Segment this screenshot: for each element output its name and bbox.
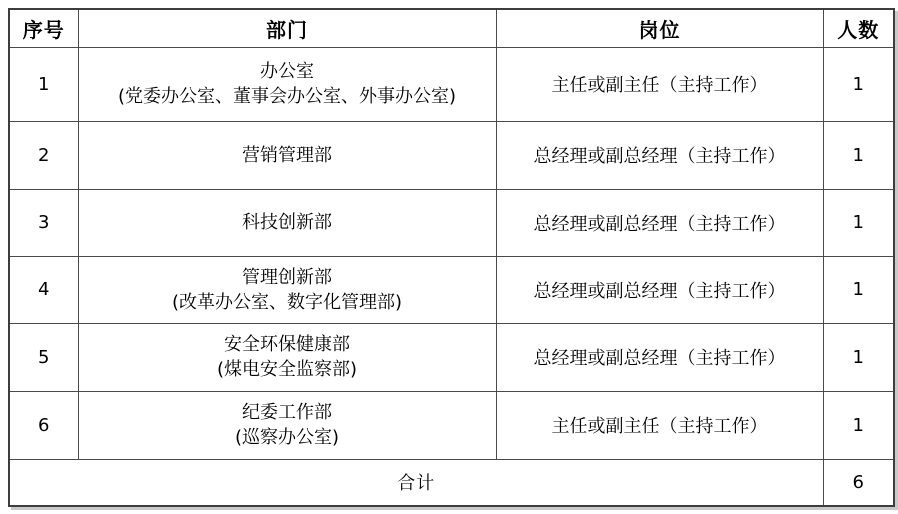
department-name: 科技创新部 xyxy=(83,210,492,235)
department-subunits: (党委办公室、董事会办公室、外事办公室) xyxy=(83,84,492,109)
cell-headcount: 1 xyxy=(823,256,894,323)
cell-position: 主任或副主任（主持工作） xyxy=(496,47,823,121)
cell-seq: 4 xyxy=(9,256,78,323)
total-row: 合计 6 xyxy=(9,459,894,506)
cell-headcount: 1 xyxy=(823,323,894,391)
cell-seq: 2 xyxy=(9,121,78,189)
header-department: 部门 xyxy=(78,9,496,47)
table-row: 5 安全环保健康部 (煤电安全监察部) 总经理或副总经理（主持工作） 1 xyxy=(9,323,894,391)
cell-department: 科技创新部 xyxy=(78,189,496,256)
cell-position: 总经理或副总经理（主持工作） xyxy=(496,121,823,189)
department-name: 纪委工作部 xyxy=(83,400,492,425)
department-name: 营销管理部 xyxy=(83,143,492,168)
department-name: 安全环保健康部 xyxy=(83,332,492,357)
header-seq: 序号 xyxy=(9,9,78,47)
table-row: 1 办公室 (党委办公室、董事会办公室、外事办公室) 主任或副主任（主持工作） … xyxy=(9,47,894,121)
cell-department: 纪委工作部 (巡察办公室) xyxy=(78,391,496,459)
cell-headcount: 1 xyxy=(823,189,894,256)
cell-headcount: 1 xyxy=(823,391,894,459)
cell-department: 营销管理部 xyxy=(78,121,496,189)
cell-seq: 6 xyxy=(9,391,78,459)
cell-seq: 1 xyxy=(9,47,78,121)
cell-position: 总经理或副总经理（主持工作） xyxy=(496,256,823,323)
document-page: 序号 部门 岗位 人数 1 办公室 (党委办公室、董事会办公室、外事办公室) 主… xyxy=(0,0,898,514)
department-subunits: (煤电安全监察部) xyxy=(83,357,492,382)
cell-headcount: 1 xyxy=(823,47,894,121)
cell-seq: 3 xyxy=(9,189,78,256)
department-subunits: (巡察办公室) xyxy=(83,425,492,450)
cell-department: 安全环保健康部 (煤电安全监察部) xyxy=(78,323,496,391)
department-name: 办公室 xyxy=(83,59,492,84)
cell-department: 办公室 (党委办公室、董事会办公室、外事办公室) xyxy=(78,47,496,121)
table-row: 4 管理创新部 (改革办公室、数字化管理部) 总经理或副总经理（主持工作） 1 xyxy=(9,256,894,323)
header-position: 岗位 xyxy=(496,9,823,47)
cell-department: 管理创新部 (改革办公室、数字化管理部) xyxy=(78,256,496,323)
cell-position: 主任或副主任（主持工作） xyxy=(496,391,823,459)
table-header-row: 序号 部门 岗位 人数 xyxy=(9,9,894,47)
staffing-table: 序号 部门 岗位 人数 1 办公室 (党委办公室、董事会办公室、外事办公室) 主… xyxy=(8,8,895,507)
total-count-cell: 6 xyxy=(823,459,894,506)
department-subunits: (改革办公室、数字化管理部) xyxy=(83,290,492,315)
table-row: 6 纪委工作部 (巡察办公室) 主任或副主任（主持工作） 1 xyxy=(9,391,894,459)
total-label-cell: 合计 xyxy=(9,459,823,506)
table-row: 3 科技创新部 总经理或副总经理（主持工作） 1 xyxy=(9,189,894,256)
cell-headcount: 1 xyxy=(823,121,894,189)
table-row: 2 营销管理部 总经理或副总经理（主持工作） 1 xyxy=(9,121,894,189)
header-headcount: 人数 xyxy=(823,9,894,47)
cell-seq: 5 xyxy=(9,323,78,391)
department-name: 管理创新部 xyxy=(83,265,492,290)
cell-position: 总经理或副总经理（主持工作） xyxy=(496,189,823,256)
cell-position: 总经理或副总经理（主持工作） xyxy=(496,323,823,391)
